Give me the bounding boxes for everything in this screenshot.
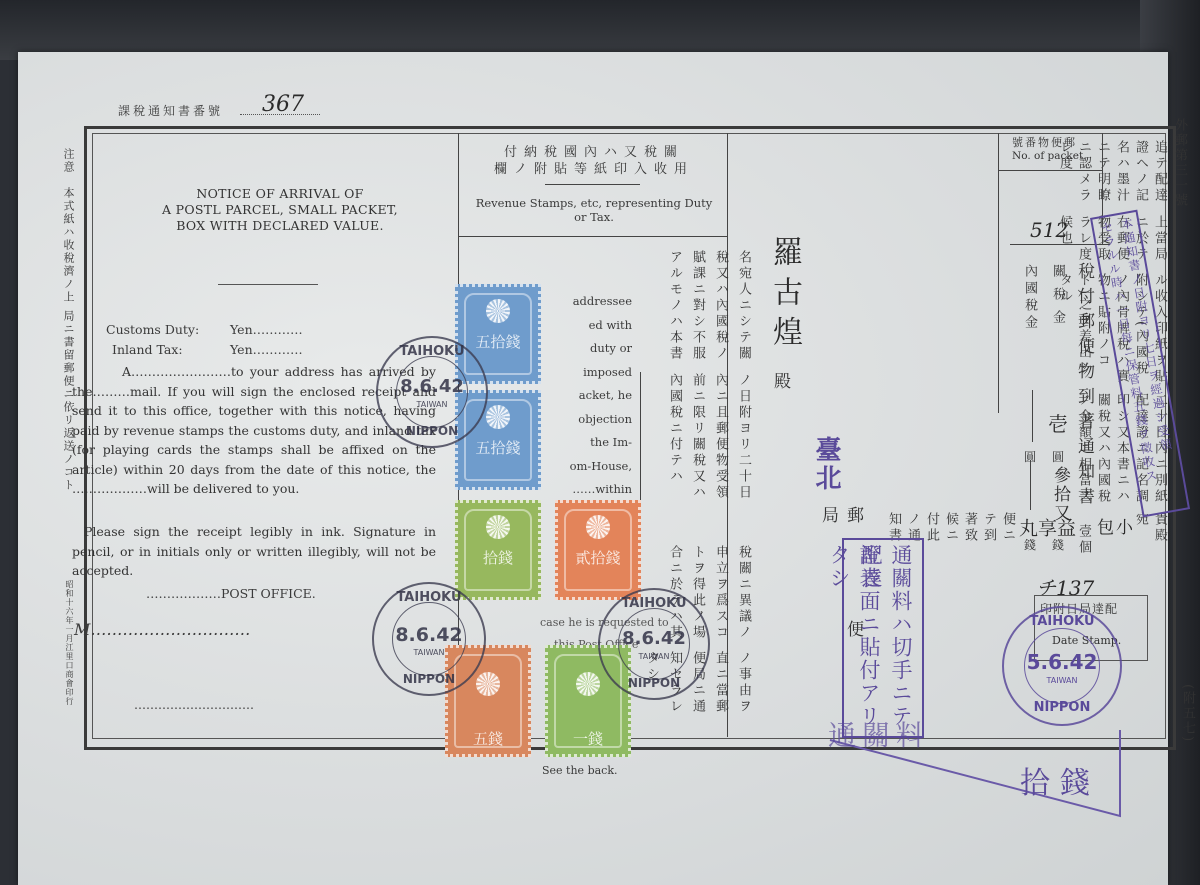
postmark-date: 8.6.42 [600, 628, 708, 649]
postmark: TAIHOKU 8.6.42 TAIWAN NIPPON [598, 588, 710, 700]
notice-number-label: 課稅通知書番號 [118, 102, 223, 119]
japanese-notice-title: 稅付郵便物到著通知書 [1072, 262, 1097, 512]
en-note-line: addressee [556, 290, 632, 314]
postmark-date: 5.6.42 [1004, 650, 1120, 674]
stamp-header-jp-2: 用收入印紙等貼附ノ欄 [470, 161, 718, 178]
packet-label-en: No. of packet. [1012, 150, 1087, 162]
printer-note: 昭和十六年一月江里口商會印行 [64, 580, 75, 706]
en-note-line: duty or [556, 337, 632, 361]
background-top [0, 0, 1200, 60]
stamp-value: 五錢 [448, 728, 528, 749]
stamp-value: 貳拾錢 [558, 547, 638, 568]
postmark-nation: NIPPON [378, 424, 486, 438]
jp-notice-to: 貴殿宛 [1131, 512, 1169, 560]
title-line-1: NOTICE OF ARRIVAL OF [110, 186, 450, 202]
post-office-line: ………………POST OFFICE. [146, 586, 316, 601]
postmark-nation: NIPPON [374, 672, 484, 686]
jp-notice-count: 壹個 [1074, 524, 1093, 560]
stamp-header-jp-1: 關稅又ハ內國稅納付 [470, 144, 718, 161]
item-type-handwritten: 小包 [1093, 518, 1131, 554]
stamp-value: 拾錢 [458, 547, 538, 568]
appendix-label: (附五七) [1178, 684, 1197, 743]
customs-yen-unit: 圓 [1052, 448, 1064, 465]
title-rule [218, 284, 318, 285]
form-code: 外郵第三一號 [1170, 118, 1189, 208]
postmark-nation: NIPPON [600, 676, 708, 690]
inland-sen-dash [1030, 460, 1031, 510]
customs-sen-unit: 錢 [1052, 536, 1064, 553]
clearance-fee-stamp: 通關料ハ切手ニテ配達 證表面ニ貼付アリタシ [842, 538, 924, 738]
addressee-line: M………………………… [74, 620, 250, 639]
revenue-stamp: 貳拾錢 [555, 500, 641, 600]
packet-box-header-rule [998, 170, 1103, 171]
postmark-country: TAIWAN [1004, 676, 1120, 685]
customs-sen-handwritten: 參拾又 [1048, 466, 1073, 523]
notice-paragraph-2: Please sign the receipt legibly in ink. … [72, 522, 436, 581]
en-note-line: om-House, [556, 455, 632, 479]
postmark-city: TAIHOKU [600, 596, 708, 611]
office-name-stamp: 臺北 [808, 436, 845, 492]
stamp-header-short-rule [545, 184, 640, 185]
postmark-city: TAIHOKU [378, 344, 486, 359]
inland-tax-field: Yen………… [230, 342, 303, 357]
stamp-header-en: Revenue Stamps, etc, representing Duty o… [470, 196, 718, 224]
packet-number-value: 512 [1030, 218, 1068, 242]
postmark-country: TAIWAN [600, 652, 708, 661]
postmark-country: TAIWAN [374, 648, 484, 657]
stamp-header-jp: 關稅又ハ內國稅納付 用收入印紙等貼附ノ欄 [470, 144, 718, 178]
notice-number-value: 367 [262, 92, 304, 117]
postmark: TAIHOKU 8.6.42 TAIWAN NIPPON [372, 582, 486, 696]
packet-label-jp: 郵便物番號 [1012, 134, 1077, 150]
postmark-nation: NIPPON [1004, 700, 1120, 715]
clearance-fee-line-2: 證表面ニ貼付アリタシ [824, 544, 884, 736]
en-note-line: acket, he [556, 384, 632, 408]
stamp-value: 一錢 [548, 728, 628, 749]
addressee-name-handwritten: 羅古煌 [762, 236, 806, 356]
title-line-3: BOX WITH DECLARED VALUE. [110, 218, 450, 234]
customs-duty-field: Yen………… [230, 322, 303, 337]
jp-note-line: 名宛人ニシテ關稅又ハ內國稅ノ賦課ニ對シ不服アルモノハ本書 [640, 250, 755, 373]
clearance-fee-text: 通關料 [828, 714, 930, 754]
en-note-line: ed with [556, 314, 632, 338]
postmark-city: TAIHOKU [374, 590, 484, 605]
clearance-fee-amount: 拾錢 [1020, 758, 1100, 802]
en-note-line: the Im- [556, 431, 632, 455]
jp-note-line: ノ日附ヨリ二十日內ニ且郵便物受領前ニ限リ關稅又ハ內國稅ニ付テハ [640, 373, 755, 509]
inland-tax-label-jp: 內國稅金 [1020, 264, 1039, 332]
postmark-country: TAIWAN [378, 400, 486, 409]
en-note-line: imposed [556, 361, 632, 385]
stamp-value: 五拾錢 [458, 437, 538, 458]
stamp-column-english-notes: addressee ed with duty or imposed acket,… [556, 290, 632, 502]
postmark-date: 8.6.42 [378, 376, 486, 397]
inland-yen-dash [1032, 390, 1033, 442]
revenue-stamp: 拾錢 [455, 500, 541, 600]
postmark: TAIHOKU 5.6.42 TAIWAN NIPPON [1002, 606, 1122, 726]
addressee-honorific: 殿 [768, 372, 793, 391]
see-back-note: See the back. [542, 764, 618, 777]
english-title: NOTICE OF ARRIVAL OF A POSTL PARCEL, SMA… [110, 186, 450, 234]
customs-tax-label: 關稅金 [1048, 264, 1067, 333]
en-note-line: objection [556, 408, 632, 432]
signature-line: ………………………… [134, 698, 254, 712]
side-note-1: 注意 本式紙ハ收稅濟ノ上 [60, 148, 76, 304]
en-note-line: ……within [556, 478, 632, 502]
postmark: TAIHOKU 8.6.42 TAIWAN NIPPON [376, 336, 488, 448]
customs-duty-label: Customs Duty: [106, 322, 199, 337]
title-line-2: A POSTL PARCEL, SMALL PACKET, [110, 202, 450, 218]
customs-yen-handwritten: 壱 [1048, 408, 1068, 437]
inland-sen-unit: 錢 [1024, 536, 1036, 553]
packet-box-left-rule [998, 133, 999, 413]
postmark-city: TAIHOKU [1004, 614, 1120, 629]
inland-tax-label: Inland Tax: [112, 342, 183, 357]
stamp-header-rule [458, 236, 728, 237]
postmark-date: 8.6.42 [374, 624, 484, 646]
